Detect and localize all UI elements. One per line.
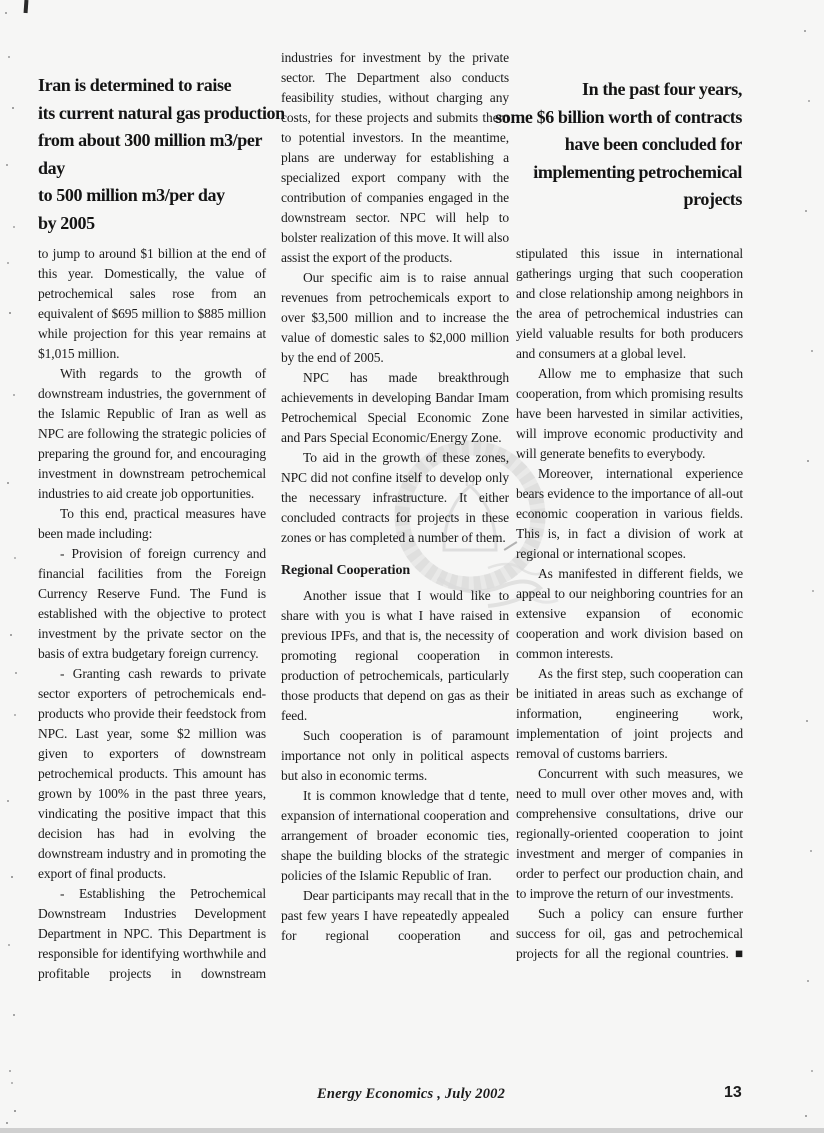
paragraph: Concurrent with such measures, we need t… bbox=[516, 764, 743, 904]
paragraph: - Granting cash rewards to private secto… bbox=[38, 664, 266, 884]
paragraph: Such cooperation is of paramount importa… bbox=[281, 726, 509, 786]
scan-noise-left bbox=[5, 12, 7, 14]
paragraph: industries for investment by the private… bbox=[281, 48, 509, 268]
column-middle: industries for investment by the private… bbox=[281, 48, 509, 946]
paragraph: Another issue that I would like to share… bbox=[281, 586, 509, 726]
scan-artifact-mark bbox=[24, 0, 29, 13]
paragraph: To aid in the growth of these zones, NPC… bbox=[281, 448, 509, 548]
scan-noise-right bbox=[804, 30, 806, 32]
paragraph: Allow me to emphasize that such cooperat… bbox=[516, 364, 743, 464]
paragraph: To this end, practical measures have bee… bbox=[38, 504, 266, 544]
column-middle-top: industries for investment by the private… bbox=[281, 48, 509, 548]
pull-quote-right: In the past four years, some $6 billion … bbox=[470, 76, 742, 214]
footer-journal-title: Energy Economics , July 2002 bbox=[317, 1086, 505, 1103]
paragraph: Our specific aim is to raise annual reve… bbox=[281, 268, 509, 368]
paragraph: As the first step, such cooperation can … bbox=[516, 664, 743, 764]
column-middle-bottom: Another issue that I would like to share… bbox=[281, 586, 509, 946]
page-number: 13 bbox=[724, 1084, 742, 1102]
paragraph: Dear participants may recall that in the… bbox=[281, 886, 509, 946]
paragraph: NPC has made breakthrough achievements i… bbox=[281, 368, 509, 448]
paragraph: Such a policy can ensure further success… bbox=[516, 904, 743, 964]
paragraph: It is common knowledge that d tente, exp… bbox=[281, 786, 509, 886]
pull-quote-left: Iran is determined to raise its current … bbox=[38, 72, 288, 237]
paragraph: stipulated this issue in international g… bbox=[516, 244, 743, 364]
paragraph: - Provision of foreign currency and fina… bbox=[38, 544, 266, 664]
paragraph: As manifested in different fields, we ap… bbox=[516, 564, 743, 664]
scan-edge-band bbox=[0, 1128, 824, 1133]
magazine-page: Iran is determined to raise its current … bbox=[0, 0, 824, 1133]
paragraph: With regards to the growth of downstream… bbox=[38, 364, 266, 504]
paragraph: to jump to around $1 billion at the end … bbox=[38, 244, 266, 364]
paragraph: Moreover, international experience bears… bbox=[516, 464, 743, 564]
paragraph: - Establishing the Petrochemical Downstr… bbox=[38, 884, 266, 984]
column-left: to jump to around $1 billion at the end … bbox=[38, 244, 266, 984]
column-right: stipulated this issue in international g… bbox=[516, 244, 743, 964]
section-heading: Regional Cooperation bbox=[281, 561, 509, 581]
